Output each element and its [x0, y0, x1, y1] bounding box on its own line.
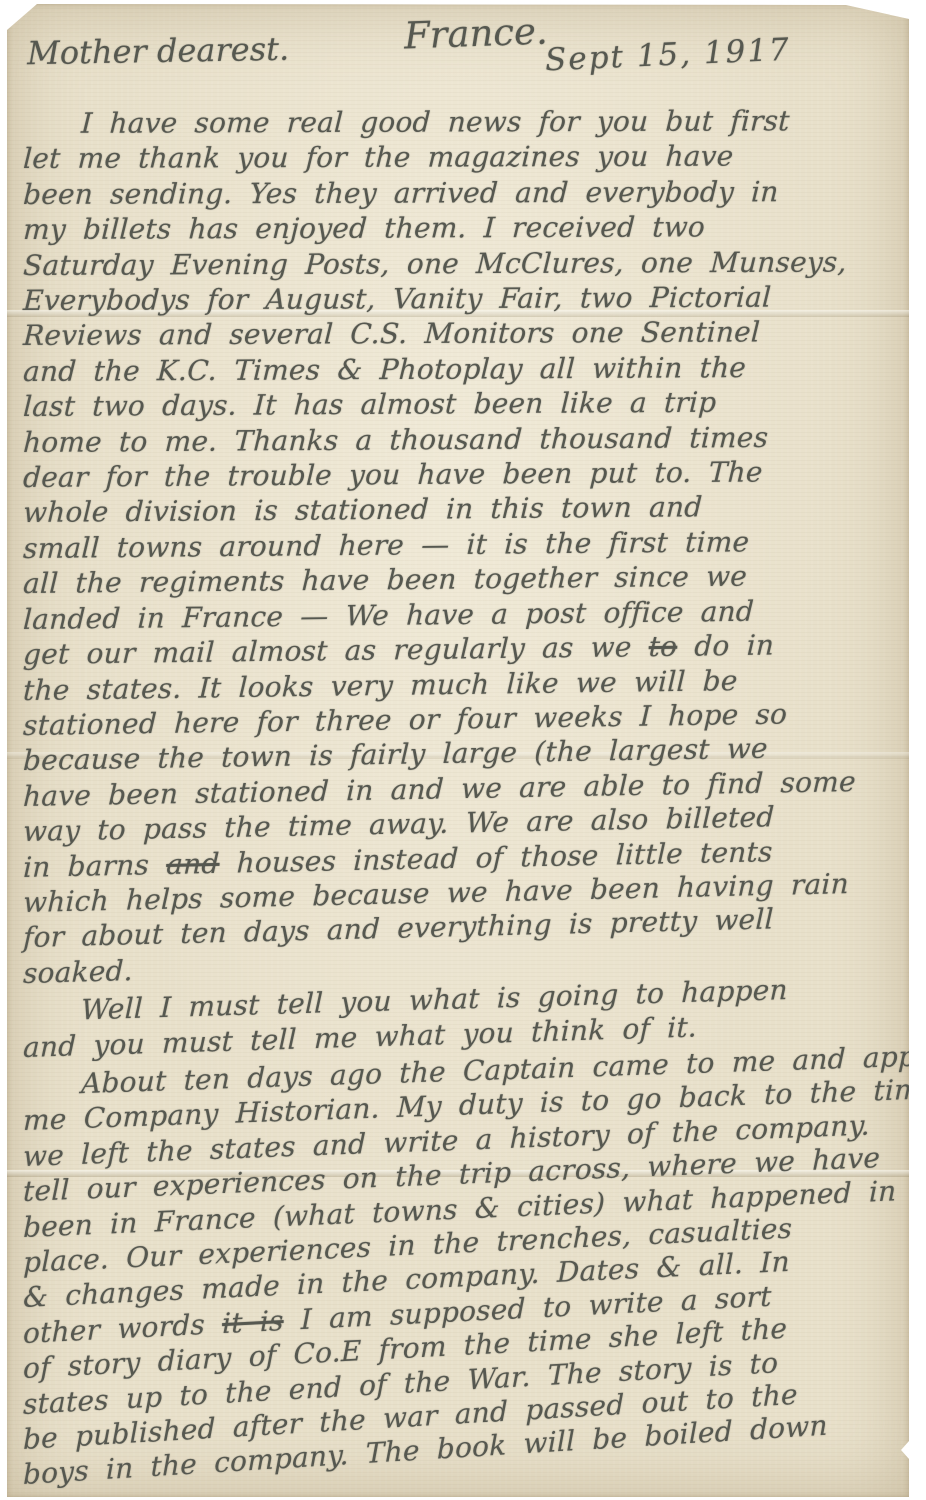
struck-word: and — [166, 846, 220, 880]
letter-text: Reviews and several C.S. Monitors one Se… — [22, 316, 760, 353]
letter-line: let me thank you for the magazines you h… — [22, 138, 900, 176]
letter-salutation: Mother dearest. — [27, 30, 290, 73]
letter-text: my billets has enjoyed them. I received … — [22, 211, 705, 247]
letter-text: dear for the trouble you have been put t… — [22, 456, 763, 495]
letter-body: I have some real good news for you but f… — [23, 103, 899, 1493]
letter-place: France. — [403, 10, 548, 58]
letter-text: Saturday Evening Posts, one McClures, on… — [22, 245, 847, 281]
scan-canvas: { "letter": { "place": "France.", "date"… — [0, 0, 926, 1500]
letter-text: do in — [677, 629, 775, 663]
letter-text: last two days. It has almost been like a… — [22, 386, 717, 423]
letter-line: my billets has enjoyed them. I received … — [22, 209, 900, 248]
letter-text: let me thank you for the magazines you h… — [22, 140, 734, 175]
letter-line: and the K.C. Times & Photoplay all withi… — [22, 349, 900, 389]
letter-text: been sending. Yes they arrived and every… — [22, 175, 779, 211]
letter-line: Saturday Evening Posts, one McClures, on… — [22, 244, 900, 283]
letter-text: soaked. — [23, 954, 134, 990]
letter-line: Reviews and several C.S. Monitors one Se… — [22, 314, 900, 354]
letter-line: been sending. Yes they arrived and every… — [22, 174, 900, 213]
letter-page: France. Sept 15, 1917 Mother dearest. I … — [7, 4, 909, 1497]
letter-text: in barns — [23, 848, 167, 884]
struck-word: to — [648, 630, 678, 663]
letter-line: Everybodys for August, Vanity Fair, two … — [22, 279, 900, 318]
letter-scan: France. Sept 15, 1917 Mother dearest. I … — [0, 0, 926, 1500]
letter-line: last two days. It has almost been like a… — [22, 384, 900, 425]
struck-word: it is — [222, 1304, 284, 1340]
letter-text: and the K.C. Times & Photoplay all withi… — [22, 351, 747, 388]
letter-text: Everybodys for August, Vanity Fair, two … — [22, 281, 772, 317]
letter-date: Sept 15, 1917 — [545, 32, 792, 79]
letter-text: whole division is stationed in this town… — [22, 491, 703, 530]
letter-text: I have some real good news for you but f… — [80, 104, 790, 139]
letter-line: I have some real good news for you but f… — [22, 103, 900, 141]
letter-text: home to me. Thanks a thousand thousand t… — [22, 421, 769, 459]
